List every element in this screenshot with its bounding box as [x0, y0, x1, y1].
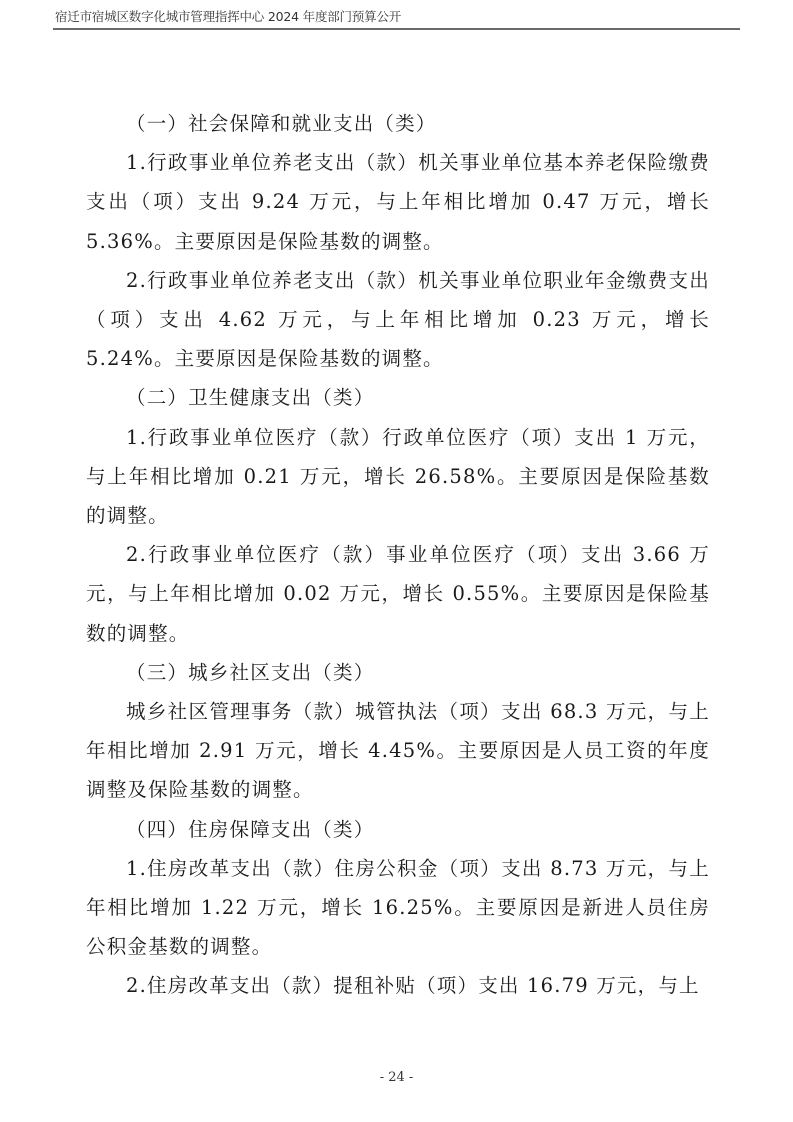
section-heading-housing: （四）住房保障支出（类） — [86, 810, 710, 849]
paragraph-admin-medical: 1.行政事业单位医疗（款）行政单位医疗（项）支出 1 万元，与上年相比增加 0.… — [86, 418, 710, 536]
paragraph-housing-fund: 1.住房改革支出（款）住房公积金（项）支出 8.73 万元，与上年相比增加 1.… — [86, 849, 710, 967]
header-rule — [53, 28, 740, 30]
page-header: 宿迁市宿城区数字化城市管理指挥中心 2024 年度部门预算公开 — [53, 8, 740, 30]
paragraph-rent-subsidy: 2.住房改革支出（款）提租补贴（项）支出 16.79 万元，与上 — [86, 966, 710, 1005]
section-heading-health: （二）卫生健康支出（类） — [86, 378, 710, 417]
section-heading-social-security: （一）社会保障和就业支出（类） — [86, 104, 710, 143]
paragraph-occupational-annuity: 2.行政事业单位养老支出（款）机关事业单位职业年金缴费支出（项）支出 4.62 … — [86, 261, 710, 379]
paragraph-basic-pension: 1.行政事业单位养老支出（款）机关事业单位基本养老保险缴费支出（项）支出 9.2… — [86, 143, 710, 261]
page-number: - 24 - — [0, 1070, 793, 1085]
document-body: （一）社会保障和就业支出（类） 1.行政事业单位养老支出（款）机关事业单位基本养… — [86, 104, 710, 1006]
header-title: 宿迁市宿城区数字化城市管理指挥中心 2024 年度部门预算公开 — [53, 8, 740, 26]
paragraph-urban-enforcement: 城乡社区管理事务（款）城管执法（项）支出 68.3 万元，与上年相比增加 2.9… — [86, 692, 710, 810]
section-heading-urban-rural: （三）城乡社区支出（类） — [86, 653, 710, 692]
paragraph-institution-medical: 2.行政事业单位医疗（款）事业单位医疗（项）支出 3.66 万元，与上年相比增加… — [86, 535, 710, 653]
